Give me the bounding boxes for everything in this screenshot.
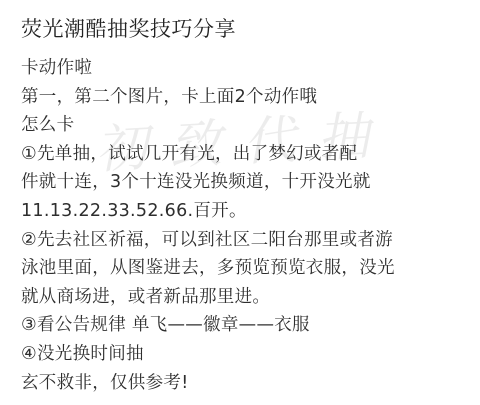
text-line: ①先单抽，试试几开有光，出了梦幻或者配 [21,140,470,169]
text-line: 第一，第二个图片，卡上面2个动作哦 [21,83,470,112]
text-line: 件就十连，3个十连没光换频道，十开没光就 [21,168,470,197]
text-line: 泳池里面，从图鉴进去，多预览预览衣服，没光 [21,254,470,283]
text-line: ③看公告规律 单飞——徽章——衣服 [21,311,470,340]
article-body: 卡动作啦 第一，第二个图片，卡上面2个动作哦 怎么卡 ①先单抽，试试几开有光，出… [21,54,470,397]
article-title: 荧光潮酷抽奖技巧分享 [21,14,236,44]
text-line: ④没光换时间抽 [21,340,470,369]
text-line: 卡动作啦 [21,54,470,83]
text-line: 怎么卡 [21,111,470,140]
text-line: 11.13.22.33.52.66.百开。 [21,197,470,226]
text-line: 玄不救非，仅供参考! [21,369,470,398]
text-line: 就从商场进，或者新品那里进。 [21,283,470,312]
text-line: ②先去社区祈福，可以到社区二阳台那里或者游 [21,226,470,255]
